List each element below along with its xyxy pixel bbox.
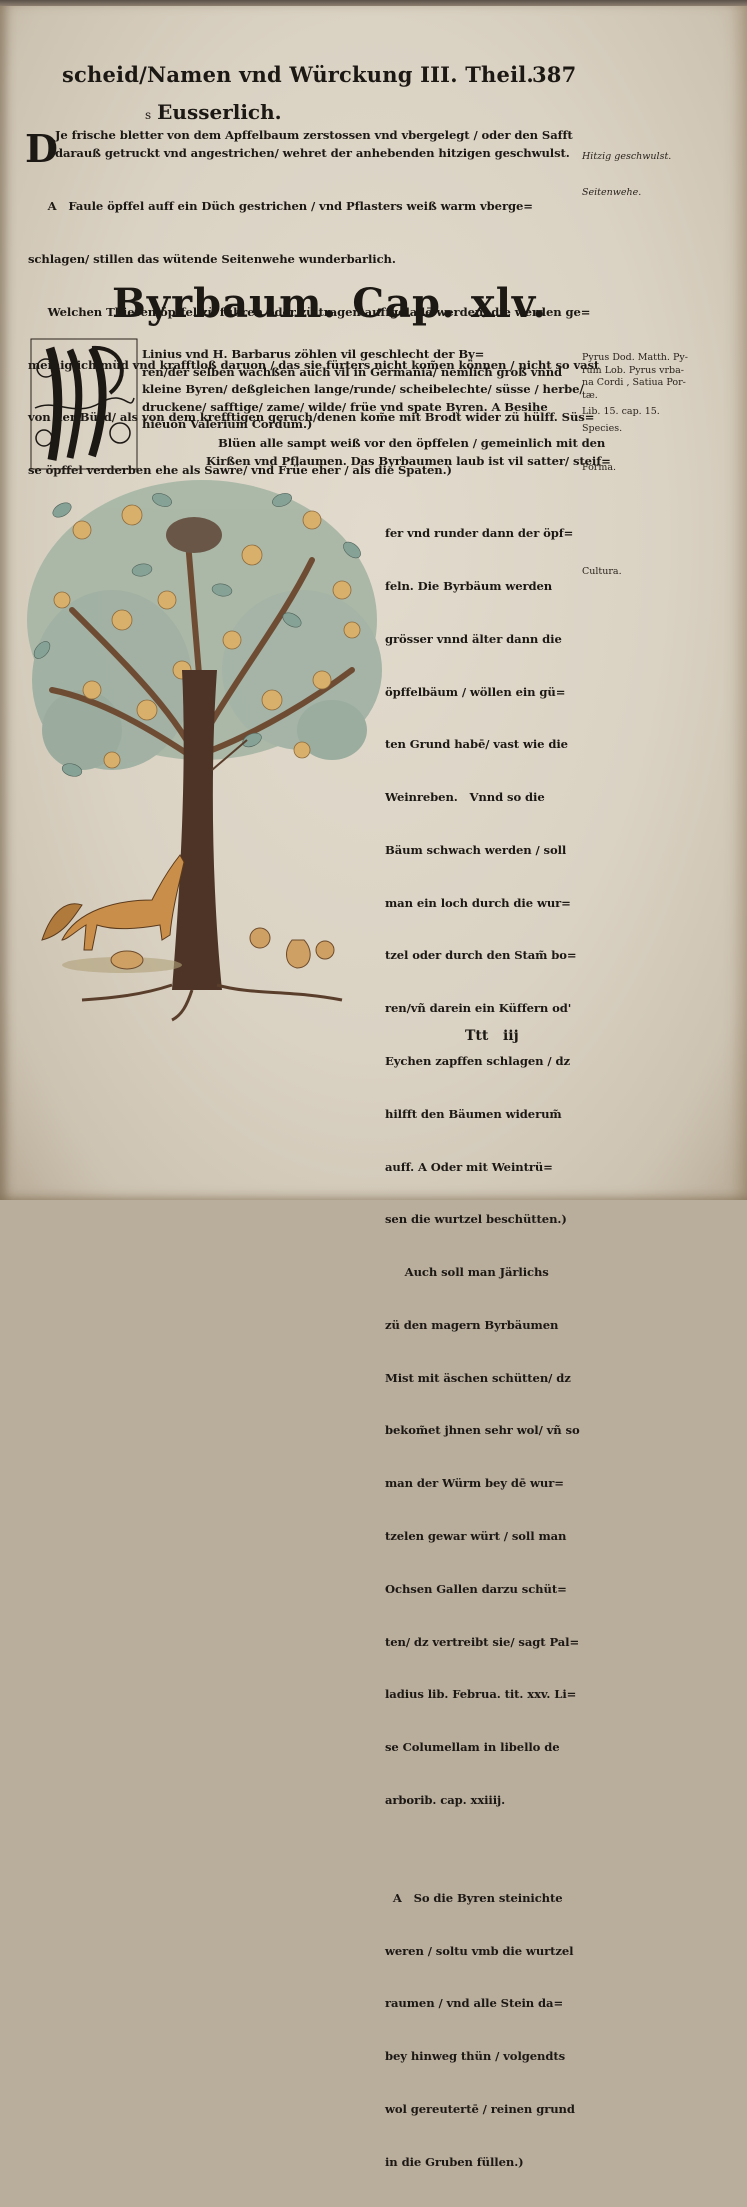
text-line: hilfft den Bäumen widerum̃ xyxy=(385,1106,580,1124)
margin-note: Forma. xyxy=(582,462,616,475)
margin-note: Cultura. xyxy=(582,566,622,579)
text-line: schlagen/ stillen das wütende Seitenwehe… xyxy=(28,251,599,269)
text-line: Weinreben. Vnnd so die xyxy=(385,789,580,807)
text-line: Linius vnd H. Barbarus zöhlen vil geschl… xyxy=(142,346,584,364)
text-line: darauß getruckt vnd angestrichen/ wehret… xyxy=(55,145,573,163)
book-page: scheid/Namen vnd Würckung III. Theil. 38… xyxy=(0,0,747,1200)
margin-note: Species. xyxy=(582,423,622,436)
decorated-initial-p-icon xyxy=(30,338,138,470)
chapter-intro-paragraph: Linius vnd H. Barbarus zöhlen vil geschl… xyxy=(142,346,584,434)
section-paragraph-1: Je frische bletter von dem Apffelbaum ze… xyxy=(55,127,573,162)
text-line: A Faule öpffel auff ein Düch gestrichen … xyxy=(28,198,599,216)
text-line: grösser vnnd älter dann die xyxy=(385,631,580,649)
pear-tree-illustration xyxy=(22,470,382,1035)
margin-note: Seitenwehe. xyxy=(582,187,641,200)
text-line: ren/vñ darein ein Küffern od' xyxy=(385,1000,580,1018)
text-line: man ein loch durch die wur= xyxy=(385,895,580,913)
margin-note: Hitzig geschwulst. xyxy=(582,151,671,164)
section-marker: s xyxy=(145,108,151,122)
text-line: tzel oder durch den Stam̃ bo= xyxy=(385,947,580,965)
text-line: Eychen zapffen schlagen / dz xyxy=(385,1053,580,1071)
running-title: scheid/Namen vnd Würckung III. Theil. xyxy=(62,62,534,87)
text-line: hieuon Valerium Cordum.) xyxy=(142,416,584,434)
chapter-column-text: fer vnd runder dann der öpf= feln. Die B… xyxy=(385,490,580,1200)
chapter-wide-lines: Blüen alle sampt weiß vor den öpffelen /… xyxy=(218,435,611,470)
text-line: öpffelbäum / wöllen ein gü= xyxy=(385,684,580,702)
margin-note: Pyrus Dod. Matth. Py- rum Lob. Pyrus vrb… xyxy=(582,352,688,402)
text-line: kleine Byren/ deßgleichen lange/runde/ s… xyxy=(142,381,584,399)
text-line: Je frische bletter von dem Apffelbaum ze… xyxy=(55,127,573,145)
text-line: druckene/ safftige/ zame/ wilde/ früe vn… xyxy=(142,399,584,417)
running-header: scheid/Namen vnd Würckung III. Theil. 38… xyxy=(62,62,534,87)
section-heading: sEusserlich. xyxy=(145,100,282,124)
chapter-title: Byrbaum. Cap. xlv. xyxy=(112,280,547,327)
section-title: Eusserlich. xyxy=(157,100,281,124)
text-line: ren/der selben wachßen auch vil in Germa… xyxy=(142,364,584,382)
page-number: 387 xyxy=(532,62,576,87)
margin-note: Lib. 15. cap. 15. xyxy=(582,406,660,419)
signature-mark: Ttt iij xyxy=(465,1028,519,1044)
text-line: Bäum schwach werden / soll xyxy=(385,842,580,860)
text-line: ten Grund habē/ vast wie die xyxy=(385,736,580,754)
text-line: auff. A Oder mit Weintrü= xyxy=(385,1159,580,1177)
text-line: Blüen alle sampt weiß vor den öpffelen /… xyxy=(218,435,611,453)
page-top-edge xyxy=(0,0,747,6)
text-line: feln. Die Byrbäum werden xyxy=(385,578,580,596)
text-line: Kirßen vnd Pflaumen. Das Byrbaumen laub … xyxy=(206,453,611,471)
text-line: fer vnd runder dann der öpf= xyxy=(385,525,580,543)
